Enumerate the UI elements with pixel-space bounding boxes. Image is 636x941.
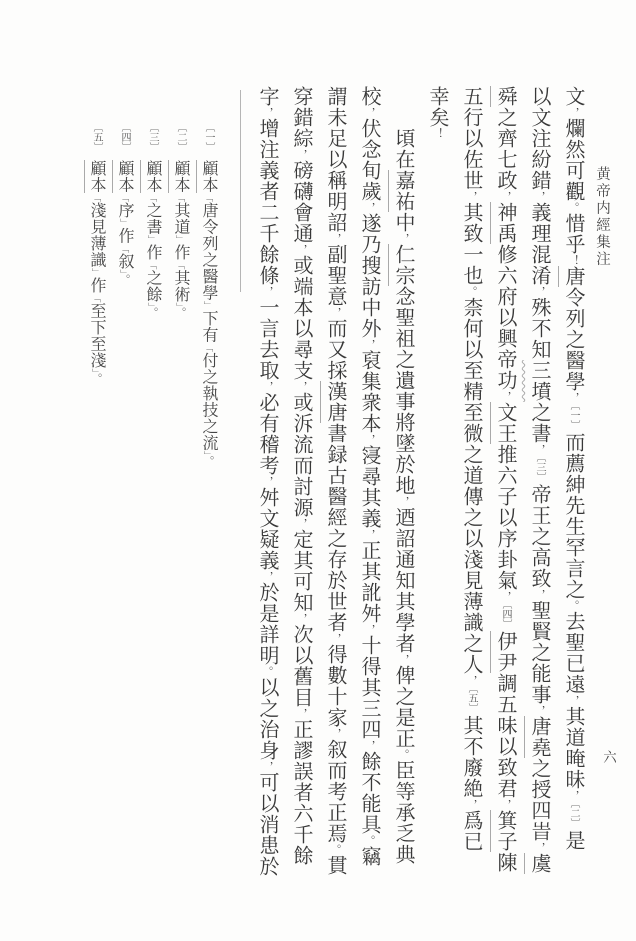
text-segment: 謂未足以稱明詔，副聖意，而又採 <box>324 86 346 381</box>
text-column: 以文注紛錯，義理混淆，殊不知三墳之書，〔三〕帝王之高致，聖賢之能事，唐堯之授四旹… <box>526 86 552 874</box>
text-column: 穿錯綜，磅礴會通，或端本以尋支，或泝流而討源，定其可知，次以舊目，正謬誤者六千餘 <box>288 86 314 866</box>
proper-noun-mark: 唐 <box>558 266 584 287</box>
punctuation: ， <box>465 191 477 202</box>
punctuation: ， <box>295 708 307 719</box>
punctuation: ， <box>295 244 307 255</box>
punctuation: ！ <box>567 255 579 266</box>
proper-noun-mark: 漢唐 <box>320 381 346 423</box>
punctuation: ， <box>261 761 273 772</box>
proper-noun-mark: 神禹 <box>490 202 516 244</box>
punctuation: ， <box>261 571 273 582</box>
punctuation: ， <box>499 391 511 402</box>
punctuation: ， <box>329 233 341 244</box>
text-segment: 念聖祖之遺事將墜於地，迺詔通知其學者，俾之是正。臣等承乏典 <box>392 286 414 865</box>
text-column: 字，增注義者二千餘條，一言去取，必有稽考，舛文疑義，於是詳明。以之治身，可以消患… <box>254 86 280 877</box>
footnote-column: 〔五〕顧本「淺見薄識」作「至下至淺」。 <box>85 122 107 384</box>
text-column: 文，爛然可觀。惜乎！唐令列之醫學，〔一〕而薦紳先生罕言之。去聖已遠，其道晻昧，〔… <box>560 86 586 851</box>
text-segment: 書録古醫經之存於世者，得數十家，叙而考正焉。貫 <box>324 423 346 876</box>
punctuation: ， <box>465 675 477 686</box>
punctuation: ， <box>533 589 545 600</box>
punctuation: ， <box>363 740 375 751</box>
text-column: 頃在嘉祐中，仁宗念聖祖之遺事將墜於地，迺詔通知其學者，俾之是正。臣等承乏典 <box>390 86 416 865</box>
proper-noun-mark: 虞 <box>524 853 550 874</box>
punctuation: ， <box>363 339 375 350</box>
text-segment: 是 <box>562 830 584 851</box>
proper-noun-mark: 顧本 <box>168 160 189 193</box>
text-segment: 之齊七政， <box>494 107 516 202</box>
text-segment: 幸矣！ <box>426 86 448 139</box>
proper-noun-mark: 顧本 <box>140 160 161 193</box>
punctuation: 」 <box>175 235 185 244</box>
footnote-column: 〔一〕顧本「唐令列之醫學」下有「付之執技之流」。 <box>197 122 219 467</box>
text-column: 五行以佐世，其致一也。柰何以至精至微之道傳之以淺見薄識之人，〔五〕其不廢絶，爲已 <box>458 86 484 852</box>
text-segment: 「序」作「叙」。 <box>116 193 133 285</box>
text-segment: 而薦紳先生罕言之。去聖已遠，其道晻昧， <box>562 432 584 801</box>
proper-noun-mark: 箕子 <box>490 810 516 852</box>
punctuation: 。 <box>118 274 130 285</box>
text-segment: 「其道」作「其術」。 <box>172 193 189 318</box>
page-number: 六 <box>598 750 618 764</box>
proper-noun-mark: 文王 <box>490 402 516 444</box>
text-segment: 之授四旹， <box>528 758 550 853</box>
punctuation: ， <box>295 381 307 392</box>
text-column: 幸矣！ <box>424 86 450 139</box>
proper-noun-mark: 舜 <box>490 86 516 107</box>
proper-noun-mark: 顧本 <box>84 160 105 193</box>
footnote-marker: 〔二〕 <box>175 122 186 152</box>
punctuation: ， <box>363 624 375 635</box>
proper-noun-mark: 顧本 <box>112 160 133 193</box>
punctuation: 「 <box>147 193 157 202</box>
punctuation: ， <box>533 191 545 202</box>
text-segment: 頃在 <box>392 128 414 170</box>
book-title-mark: 三墳 <box>528 360 550 402</box>
punctuation: 。 <box>567 600 579 611</box>
text-segment: 「之書」作「之餘」。 <box>144 193 161 318</box>
note-reference-marker: 〔五〕 <box>466 688 477 713</box>
text-segment: 字，增注義者二千餘條，一言去取，必有稽考，舛文疑義，於是詳明。以之治身，可以消患… <box>256 86 278 877</box>
proper-noun-mark: 伊尹 <box>490 631 516 673</box>
text-segment: 帝王之高致，聖賢之能事， <box>528 484 550 716</box>
text-segment: 文，爛然可觀。惜乎！ <box>562 86 584 266</box>
footnote-marker: 〔一〕 <box>203 122 214 152</box>
punctuation: 「 <box>203 343 213 352</box>
footnote-marker: 〔四〕 <box>119 122 130 152</box>
punctuation: ， <box>363 202 375 213</box>
punctuation: ， <box>261 476 273 487</box>
punctuation: ， <box>295 149 307 160</box>
punctuation: 。 <box>397 749 409 760</box>
punctuation: 「 <box>91 294 101 303</box>
text-segment: 令列之醫學， <box>562 287 584 403</box>
punctuation: ， <box>567 392 579 403</box>
punctuation: ， <box>567 695 579 706</box>
punctuation: ， <box>363 529 375 540</box>
note-reference-marker: 〔二〕 <box>568 803 579 828</box>
punctuation: 。 <box>90 373 102 384</box>
footnote-column: 〔三〕顧本「之書」作「之餘」。 <box>141 122 163 318</box>
punctuation: ！ <box>431 128 443 139</box>
punctuation: 。 <box>174 307 186 318</box>
note-reference-marker: 〔一〕 <box>568 405 579 430</box>
punctuation: 「 <box>203 193 213 202</box>
text-segment: 推六子以序卦氣， <box>494 444 516 602</box>
punctuation: 。 <box>363 835 375 846</box>
text-column: 謂未足以稱明詔，副聖意，而又採漢唐書録古醫經之存於世者，得數十家，叙而考正焉。貫 <box>322 86 348 876</box>
punctuation: ， <box>397 233 409 244</box>
punctuation: ， <box>363 107 375 118</box>
punctuation: 。 <box>202 456 214 467</box>
running-title: 黄帝内經集注 <box>592 166 613 268</box>
punctuation: ， <box>329 728 341 739</box>
punctuation: ， <box>261 286 273 297</box>
punctuation: ， <box>261 107 273 118</box>
punctuation: ， <box>533 705 545 716</box>
punctuation: ， <box>363 434 375 445</box>
punctuation: ， <box>533 842 545 853</box>
punctuation: ， <box>261 381 273 392</box>
punctuation: ， <box>465 799 477 810</box>
punctuation: ， <box>499 799 511 810</box>
note-reference-marker: 〔三〕 <box>534 457 545 482</box>
punctuation: ， <box>329 633 341 644</box>
text-segment: 「唐令列之醫學」下有「付之執技之流」。 <box>200 193 217 467</box>
punctuation: ， <box>295 518 307 529</box>
footnote-column: 〔二〕顧本「其道」作「其術」。 <box>169 122 191 318</box>
punctuation: 「 <box>175 193 185 202</box>
proper-noun-mark: 嘉祐 <box>388 170 414 212</box>
text-segment: 之書， <box>528 402 550 455</box>
punctuation: 「 <box>175 261 185 270</box>
text-column: 校，伏念旬歲，遂乃搜訪中外，裒集衆本，寖尋其義，正其訛舛，十得其三四，餘不能具。… <box>356 86 382 867</box>
punctuation: 「 <box>91 193 101 202</box>
punctuation: 。 <box>261 666 273 677</box>
punctuation: 。 <box>329 844 341 855</box>
text-segment: 其不廢絶，爲已 <box>460 715 482 852</box>
punctuation: ， <box>295 613 307 624</box>
punctuation: 。 <box>465 286 477 297</box>
footnote-marker: 〔五〕 <box>91 122 102 152</box>
punctuation: ， <box>499 591 511 602</box>
punctuation: ， <box>499 191 511 202</box>
punctuation: 「 <box>119 193 129 202</box>
punctuation: ， <box>329 307 341 318</box>
punctuation: 」 <box>147 235 157 244</box>
text-segment: 校，伏念旬歲，遂乃搜訪中外，裒集衆本，寖尋其義，正其訛舛，十得其三四，餘不能具。… <box>358 86 380 867</box>
text-segment: 調五味以致君， <box>494 673 516 810</box>
punctuation: ， <box>567 107 579 118</box>
text-column: 舜之齊七政，神禹修六府以興帝功，文王推六子以序卦氣，〔四〕伊尹調五味以致君，箕子… <box>492 86 518 873</box>
proper-noun-mark: 顧本 <box>196 160 217 193</box>
punctuation: ， <box>533 444 545 455</box>
punctuation: 」 <box>91 268 101 277</box>
punctuation: 「 <box>147 261 157 270</box>
punctuation: 」 <box>119 219 129 228</box>
footnote-divider-line <box>240 90 241 292</box>
punctuation: 」 <box>203 301 213 310</box>
punctuation: ， <box>397 654 409 665</box>
text-segment: 陳 <box>494 852 516 873</box>
footnote-marker: 〔三〕 <box>147 122 158 152</box>
text-segment: 以文注紛錯，義理混淆，殊不知 <box>528 86 550 360</box>
punctuation: ， <box>397 496 409 507</box>
text-segment: 「淺見薄識」作「至下至淺」。 <box>88 193 105 384</box>
text-segment: 中， <box>392 212 414 244</box>
proper-noun-mark: 唐堯 <box>524 716 550 758</box>
punctuation: ， <box>567 790 579 801</box>
punctuation: ， <box>533 286 545 297</box>
book-page: 黄帝内經集注 六 文，爛然可觀。惜乎！唐令列之醫學，〔一〕而薦紳先生罕言之。去聖… <box>0 0 636 941</box>
text-segment: 五行以佐世，其致一也。柰何以至精至微之道傳之以淺見薄識之人， <box>460 86 482 686</box>
punctuation: 。 <box>567 202 579 213</box>
note-reference-marker: 〔四〕 <box>500 604 511 629</box>
punctuation: 「 <box>119 244 129 253</box>
text-segment: 穿錯綜，磅礴會通，或端本以尋支，或泝流而討源，定其可知，次以舊目，正謬誤者六千餘 <box>290 86 312 866</box>
footnote-column: 〔四〕顧本「序」作「叙」。 <box>113 122 135 285</box>
punctuation: 。 <box>146 307 158 318</box>
proper-noun-mark: 仁宗 <box>388 244 414 286</box>
text-segment: 修六府以興帝功， <box>494 244 516 402</box>
